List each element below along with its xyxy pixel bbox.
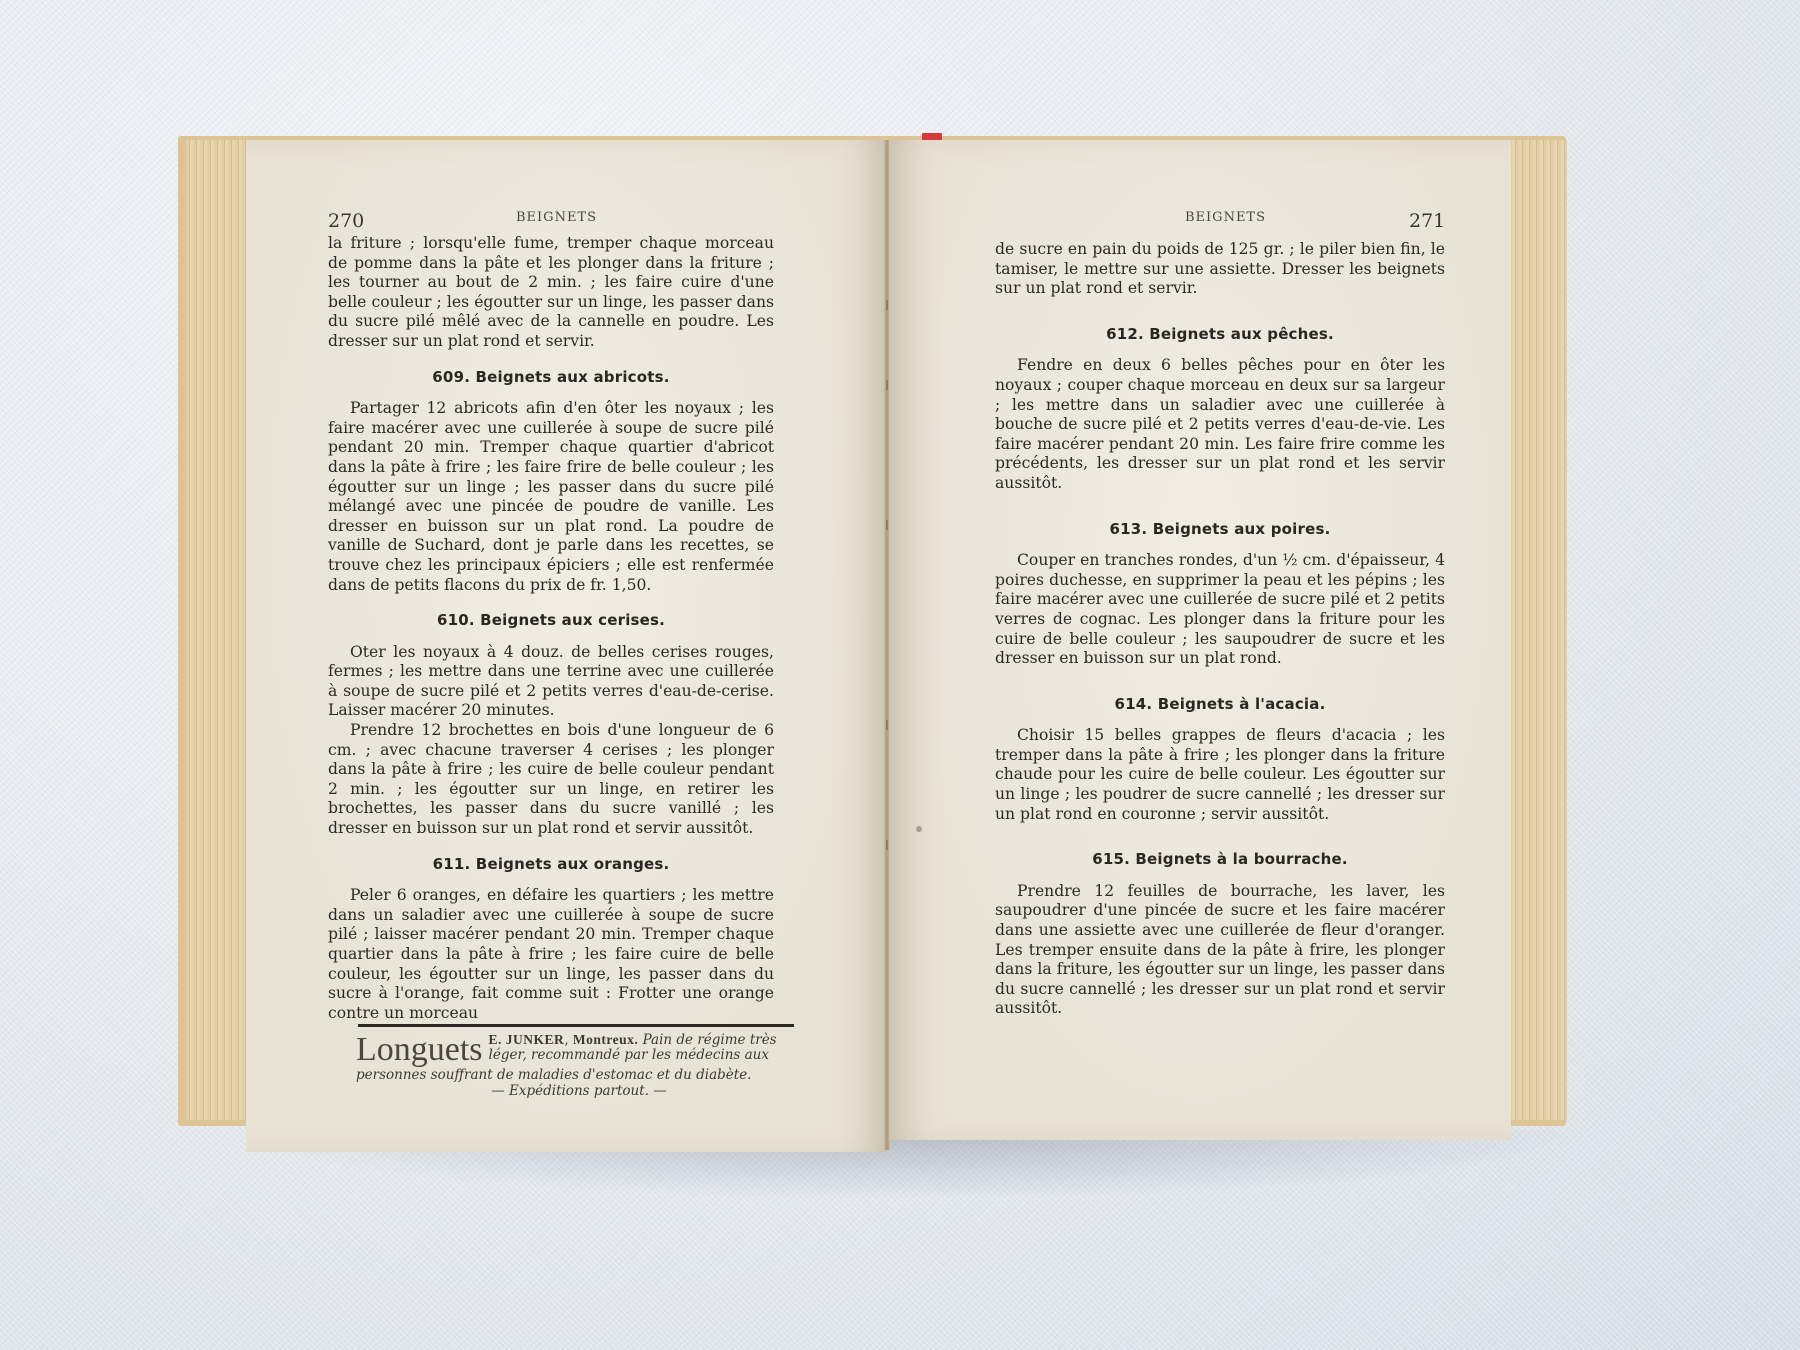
advertisement: Longuets E. JUNKER, Montreux. Pain de ré…	[356, 1032, 802, 1099]
recipe-title: 614. Beignets à l'acacia.	[995, 695, 1445, 715]
advertisement-location: Montreux.	[573, 1032, 638, 1047]
recipe-paragraph: Couper en tranches rondes, d'un ½ cm. d'…	[995, 551, 1445, 669]
recipe-title: 610. Beignets aux cerises.	[328, 611, 774, 631]
page-edges-left	[186, 140, 252, 1120]
binding-stitch	[886, 300, 888, 310]
recipe-paragraph: Prendre 12 feuilles de bourrache, les la…	[995, 882, 1445, 1019]
continuation-paragraph: la friture ; lorsqu'elle fume, tremper c…	[328, 234, 774, 352]
binding-stitch	[886, 520, 888, 530]
advertisement-text-2: personnes souffrant de maladies d'estoma…	[356, 1068, 802, 1083]
running-head: BEIGNETS	[1185, 210, 1266, 225]
recipe-paragraph: Choisir 15 belles grappes de fleurs d'ac…	[995, 726, 1445, 824]
recipe-paragraph: Peler 6 oranges, en défaire les quartier…	[328, 886, 774, 1023]
recipe-title: 615. Beignets à la bourrache.	[995, 850, 1445, 870]
advertisement-maker: E. JUNKER	[489, 1032, 565, 1047]
recipe-title: 611. Beignets aux oranges.	[328, 855, 774, 875]
running-head: BEIGNETS	[516, 210, 597, 225]
binding-stitch	[886, 840, 888, 850]
recipe-paragraph: Oter les noyaux à 4 douz. de belles ceri…	[328, 643, 774, 721]
recipe-paragraph: Prendre 12 brochettes en bois d'une long…	[328, 721, 774, 839]
binding-stitch	[886, 720, 888, 730]
page-body: de sucre en pain du poids de 125 gr. ; l…	[995, 240, 1445, 1019]
advertisement-rule	[358, 1024, 794, 1027]
recipe-title: 613. Beignets aux poires.	[995, 520, 1445, 540]
advertisement-brand: Longuets	[356, 1032, 483, 1068]
recipe-title: 612. Beignets aux pêches.	[995, 325, 1445, 345]
paper-blemish	[916, 826, 922, 832]
page-body: la friture ; lorsqu'elle fume, tremper c…	[328, 234, 774, 1023]
recipe-paragraph: Partager 12 abricots afin d'en ôter les …	[328, 399, 774, 595]
page-number: 270	[328, 210, 364, 232]
recipe-title: 609. Beignets aux abricots.	[328, 368, 774, 388]
recipe-paragraph: Fendre en deux 6 belles pêches pour en ô…	[995, 356, 1445, 493]
right-page: BEIGNETS 271 de sucre en pain du poids d…	[889, 140, 1511, 1140]
advertisement-footer: — Expéditions partout. —	[356, 1083, 802, 1099]
page-number: 271	[1409, 210, 1445, 232]
continuation-paragraph: de sucre en pain du poids de 125 gr. ; l…	[995, 240, 1445, 299]
page-edges-right	[1505, 140, 1567, 1120]
binding-stitch	[886, 380, 888, 390]
left-page: 270 BEIGNETS la friture ; lorsqu'elle fu…	[246, 140, 886, 1152]
